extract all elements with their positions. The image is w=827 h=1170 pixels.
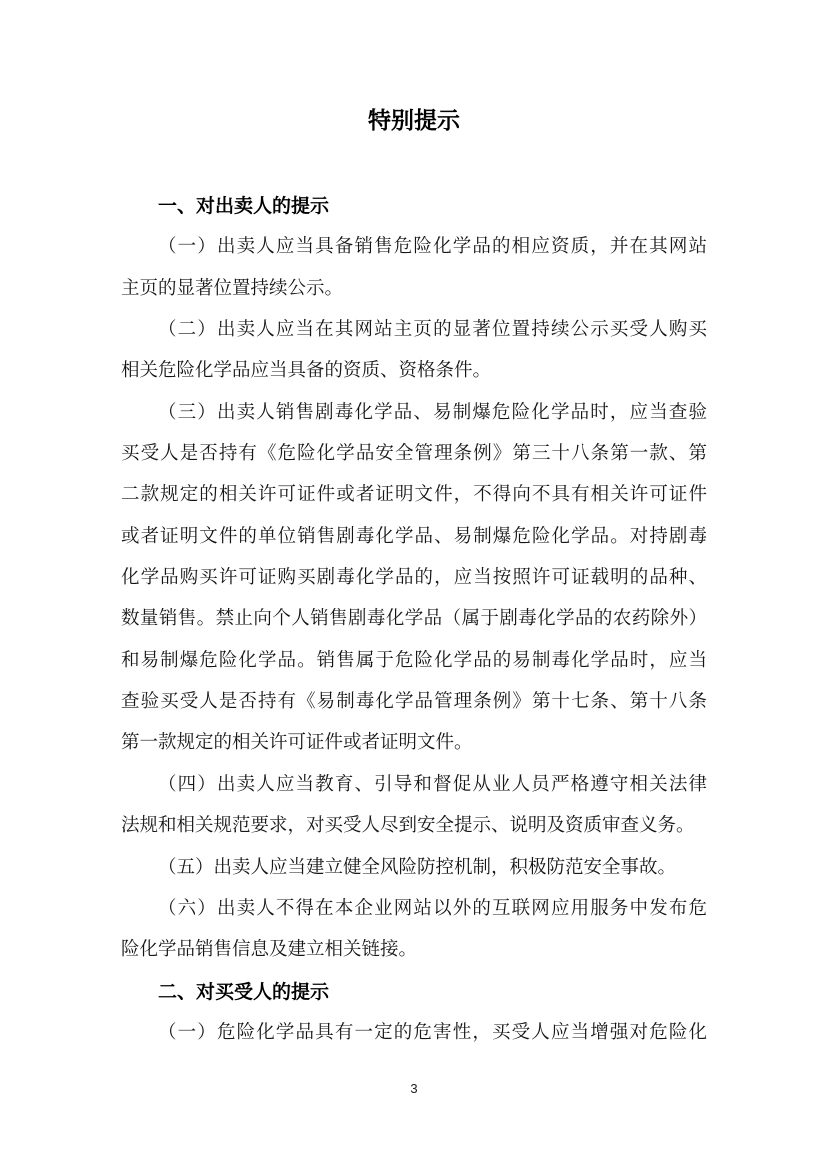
body-line: （三）出卖人销售剧毒化学品、易制爆危险化学品时，应当查验 bbox=[121, 393, 707, 434]
body-line: 或者证明文件的单位销售剧毒化学品、易制爆危险化学品。对持剧毒 bbox=[121, 517, 707, 558]
body-line: （五）出卖人应当建立健全风险防控机制，积极防范安全事故。 bbox=[121, 848, 707, 889]
section-heading: 一、对出卖人的提示 bbox=[121, 186, 707, 227]
body-line: 数量销售。禁止向个人销售剧毒化学品（属于剧毒化学品的农药除外） bbox=[121, 599, 707, 640]
page-number: 3 bbox=[121, 1080, 707, 1098]
body-line: 化学品购买许可证购买剧毒化学品的，应当按照许可证载明的品种、 bbox=[121, 558, 707, 599]
body-line: （二）出卖人应当在其网站主页的显著位置持续公示买受人购买 bbox=[121, 310, 707, 351]
body-line: 二款规定的相关许可证件或者证明文件，不得向不具有相关许可证件 bbox=[121, 475, 707, 516]
body-line: 和易制爆危险化学品。销售属于危险化学品的易制毒化学品时，应当 bbox=[121, 641, 707, 682]
body-line: 法规和相关规范要求，对买受人尽到安全提示、说明及资质审查义务。 bbox=[121, 806, 707, 847]
body-line: 查验买受人是否持有《易制毒化学品管理条例》第十七条、第十八条 bbox=[121, 682, 707, 723]
body-line: 相关危险化学品应当具备的资质、资格条件。 bbox=[121, 351, 707, 392]
page-title: 特别提示 bbox=[121, 101, 707, 139]
body-line: （六）出卖人不得在本企业网站以外的互联网应用服务中发布危 bbox=[121, 889, 707, 930]
body-line: 险化学品销售信息及建立相关链接。 bbox=[121, 930, 707, 971]
body-line: （一）危险化学品具有一定的危害性，买受人应当增强对危险化 bbox=[121, 1013, 707, 1054]
document-body: 一、对出卖人的提示（一）出卖人应当具备销售危险化学品的相应资质，并在其网站主页的… bbox=[121, 186, 707, 1054]
body-line: （一）出卖人应当具备销售危险化学品的相应资质，并在其网站 bbox=[121, 227, 707, 268]
section-heading: 二、对买受人的提示 bbox=[121, 972, 707, 1013]
body-line: 买受人是否持有《危险化学品安全管理条例》第三十八条第一款、第 bbox=[121, 434, 707, 475]
body-line: 第一款规定的相关许可证件或者证明文件。 bbox=[121, 723, 707, 764]
body-line: （四）出卖人应当教育、引导和督促从业人员严格遵守相关法律 bbox=[121, 765, 707, 806]
body-line: 主页的显著位置持续公示。 bbox=[121, 269, 707, 310]
document-page: 特别提示 一、对出卖人的提示（一）出卖人应当具备销售危险化学品的相应资质，并在其… bbox=[0, 0, 827, 1170]
